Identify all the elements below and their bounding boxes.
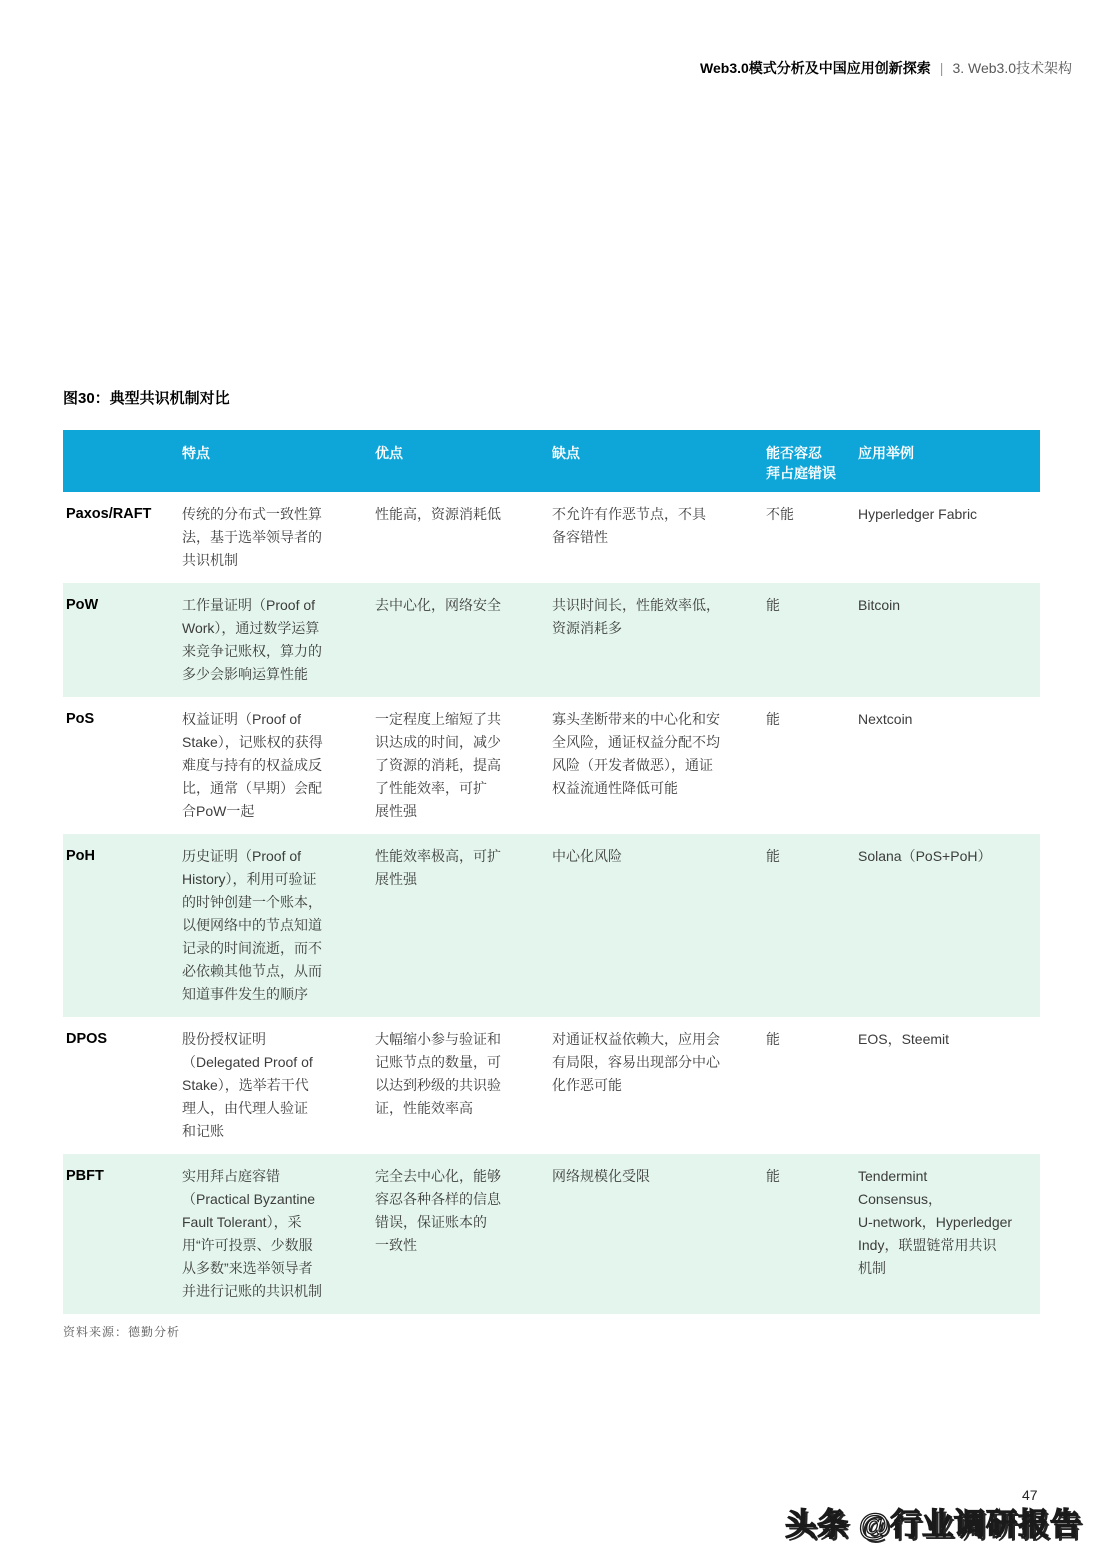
section-title: 3. Web3.0技术架构 bbox=[952, 60, 1072, 76]
cell-features: 股份授权证明 （Delegated Proof of Stake），选举若干代 … bbox=[182, 1017, 375, 1154]
table-header-row: 特点 优点 缺点 能否容忍 拜占庭错误 应用举例 bbox=[63, 430, 1040, 492]
cell-pros: 大幅缩小参与验证和 记账节点的数量，可 以达到秒级的共识验 证，性能效率高 bbox=[375, 1017, 552, 1154]
cell-byzantine: 能 bbox=[766, 1017, 858, 1154]
table-body: Paxos/RAFT 传统的分布式一致性算 法，基于选举领导者的 共识机制 性能… bbox=[63, 492, 1040, 1314]
cell-cons: 对通证权益依赖大，应用会 有局限，容易出现部分中心 化作恶可能 bbox=[552, 1017, 766, 1154]
cell-features: 传统的分布式一致性算 法，基于选举领导者的 共识机制 bbox=[182, 492, 375, 583]
table-row: PoW 工作量证明（Proof of Work），通过数学运算 来竞争记账权，算… bbox=[63, 583, 1040, 697]
source-note: 资料来源：德勤分析 bbox=[63, 1323, 180, 1340]
cell-pros: 性能效率极高，可扩 展性强 bbox=[375, 834, 552, 1017]
col-header-features: 特点 bbox=[182, 430, 375, 492]
cell-examples: Tendermint Consensus， U-network，Hyperled… bbox=[858, 1154, 1040, 1314]
cell-features: 工作量证明（Proof of Work），通过数学运算 来竞争记账权，算力的 多… bbox=[182, 583, 375, 697]
cell-features: 历史证明（Proof of History），利用可验证 的时钟创建一个账本， … bbox=[182, 834, 375, 1017]
document-page: Web3.0模式分析及中国应用创新探索|3. Web3.0技术架构 图30：典型… bbox=[0, 0, 1102, 1559]
table-row: PoH 历史证明（Proof of History），利用可验证 的时钟创建一个… bbox=[63, 834, 1040, 1017]
cell-pros: 一定程度上缩短了共 识达成的时间，减少 了资源的消耗，提高 了性能效率，可扩 展… bbox=[375, 697, 552, 834]
cell-byzantine: 能 bbox=[766, 583, 858, 697]
col-header-name bbox=[63, 430, 182, 492]
table-row: DPOS 股份授权证明 （Delegated Proof of Stake），选… bbox=[63, 1017, 1040, 1154]
page-header: Web3.0模式分析及中国应用创新探索|3. Web3.0技术架构 bbox=[700, 58, 1072, 78]
cell-cons: 共识时间长，性能效率低， 资源消耗多 bbox=[552, 583, 766, 697]
cell-features: 权益证明（Proof of Stake），记账权的获得 难度与持有的权益成反 比… bbox=[182, 697, 375, 834]
table-row: PBFT 实用拜占庭容错 （Practical Byzantine Fault … bbox=[63, 1154, 1040, 1314]
cell-pros: 去中心化，网络安全 bbox=[375, 583, 552, 697]
report-title: Web3.0模式分析及中国应用创新探索 bbox=[700, 60, 931, 76]
cell-mechanism-name: Paxos/RAFT bbox=[63, 492, 182, 583]
cell-byzantine: 不能 bbox=[766, 492, 858, 583]
cell-examples: EOS，Steemit bbox=[858, 1017, 1040, 1154]
cell-examples: Solana（PoS+PoH） bbox=[858, 834, 1040, 1017]
table-row: PoS 权益证明（Proof of Stake），记账权的获得 难度与持有的权益… bbox=[63, 697, 1040, 834]
cell-pros: 性能高，资源消耗低 bbox=[375, 492, 552, 583]
cell-mechanism-name: PoW bbox=[63, 583, 182, 697]
cell-mechanism-name: PBFT bbox=[63, 1154, 182, 1314]
consensus-comparison-table: 特点 优点 缺点 能否容忍 拜占庭错误 应用举例 Paxos/RAFT 传统的分… bbox=[63, 430, 1040, 1314]
col-header-byzantine: 能否容忍 拜占庭错误 bbox=[766, 430, 858, 492]
cell-mechanism-name: PoH bbox=[63, 834, 182, 1017]
cell-pros: 完全去中心化，能够 容忍各种各样的信息 错误，保证账本的 一致性 bbox=[375, 1154, 552, 1314]
cell-byzantine: 能 bbox=[766, 697, 858, 834]
header-separator: | bbox=[940, 60, 944, 76]
col-header-examples: 应用举例 bbox=[858, 430, 1040, 492]
col-header-cons: 缺点 bbox=[552, 430, 766, 492]
cell-mechanism-name: DPOS bbox=[63, 1017, 182, 1154]
cell-cons: 网络规模化受限 bbox=[552, 1154, 766, 1314]
cell-examples: Nextcoin bbox=[858, 697, 1040, 834]
cell-byzantine: 能 bbox=[766, 1154, 858, 1314]
watermark: 头条 @行业调研报告 bbox=[785, 1499, 1082, 1544]
col-header-pros: 优点 bbox=[375, 430, 552, 492]
cell-mechanism-name: PoS bbox=[63, 697, 182, 834]
cell-examples: Bitcoin bbox=[858, 583, 1040, 697]
figure-title: 图30：典型共识机制对比 bbox=[63, 387, 230, 408]
cell-cons: 寡头垄断带来的中心化和安 全风险，通证权益分配不均 风险（开发者做恶），通证 权… bbox=[552, 697, 766, 834]
cell-examples: Hyperledger Fabric bbox=[858, 492, 1040, 583]
table-row: Paxos/RAFT 传统的分布式一致性算 法，基于选举领导者的 共识机制 性能… bbox=[63, 492, 1040, 583]
cell-cons: 不允许有作恶节点，不具 备容错性 bbox=[552, 492, 766, 583]
cell-cons: 中心化风险 bbox=[552, 834, 766, 1017]
cell-features: 实用拜占庭容错 （Practical Byzantine Fault Toler… bbox=[182, 1154, 375, 1314]
cell-byzantine: 能 bbox=[766, 834, 858, 1017]
